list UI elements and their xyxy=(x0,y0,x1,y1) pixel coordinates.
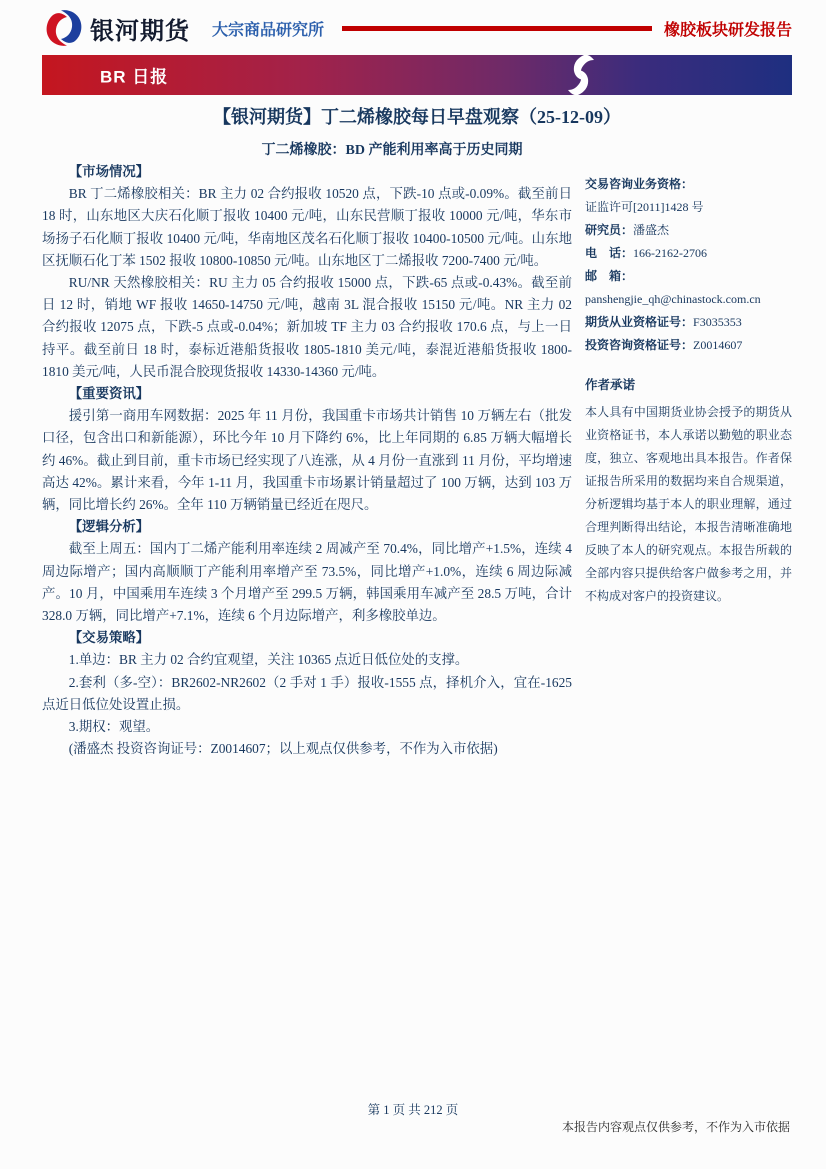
author-promise-heading: 作者承诺 xyxy=(585,377,792,393)
email-address: panshengjie_qh@chinastock.com.cn xyxy=(585,291,792,307)
qualification-value: 证监许可[2011]1428 号 xyxy=(585,199,792,215)
section-heading: 【重要资讯】 xyxy=(42,383,572,405)
page-number: 第 1 页 共 212 页 xyxy=(0,1100,826,1118)
advisory-cert-row: 投资咨询资格证号：Z0014607 xyxy=(585,337,792,353)
report-series-tag: 橡胶板块研发报告 xyxy=(664,17,792,40)
section-analysis: 【逻辑分析】 截至上周五：国内丁二烯产能利用率连续 2 周减产至 70.4%，同… xyxy=(42,516,572,627)
advisory-cert-label: 投资咨询资格证号： xyxy=(585,338,693,352)
footer-disclaimer: 本报告内容观点仅供参考，不作为入市依据 xyxy=(562,1118,790,1135)
email-label: 邮 箱： xyxy=(585,268,792,284)
body-paragraph: 截至上周五：国内丁二烯产能利用率连续 2 周减产至 70.4%，同比增产+1.5… xyxy=(42,538,572,627)
section-heading: 【逻辑分析】 xyxy=(42,516,572,538)
report-body: 【市场情况】 BR 丁二烯橡胶相关：BR 主力 02 合约报收 10520 点，… xyxy=(42,161,572,760)
researcher-label: 研究员： xyxy=(585,223,633,237)
futures-cert-number: F3035353 xyxy=(693,315,742,329)
section-heading: 【交易策略】 xyxy=(42,627,572,649)
author-promise-text: 本人具有中国期货业协会授予的期货从业资格证书，本人承诺以勤勉的职业态度，独立、客… xyxy=(585,401,792,608)
phone-label: 电 话： xyxy=(585,246,633,260)
futures-cert-label: 期货从业资格证号： xyxy=(585,315,693,329)
researcher-name: 潘盛杰 xyxy=(633,223,669,237)
phone-number: 166-2162-2706 xyxy=(633,246,707,260)
banner-title: BR 日报 xyxy=(100,63,168,88)
strategy-item: 1.单边：BR 主力 02 合约宜观望，关注 10365 点近日低位处的支撑。 xyxy=(42,649,572,671)
body-paragraph: BR 丁二烯橡胶相关：BR 主力 02 合约报收 10520 点，下跌-10 点… xyxy=(42,183,572,272)
header-divider-line xyxy=(342,26,652,31)
qualification-label: 交易咨询业务资格： xyxy=(585,176,792,192)
section-strategy: 【交易策略】 1.单边：BR 主力 02 合约宜观望，关注 10365 点近日低… xyxy=(42,627,572,760)
body-paragraph: RU/NR 天然橡胶相关：RU 主力 05 合约报收 15000 点，下跌-65… xyxy=(42,272,572,383)
futures-cert-row: 期货从业资格证号：F3035353 xyxy=(585,314,792,330)
report-header: 银河期货 大宗商品研究所 橡胶板块研发报告 xyxy=(44,8,792,48)
strategy-item: 3.期权：观望。 xyxy=(42,716,572,738)
author-promise: 作者承诺 本人具有中国期货业协会授予的期货从业资格证书，本人承诺以勤勉的职业态度… xyxy=(585,377,792,608)
section-market: 【市场情况】 BR 丁二烯橡胶相关：BR 主力 02 合约报收 10520 点，… xyxy=(42,161,572,383)
section-heading: 【市场情况】 xyxy=(42,161,572,183)
advisory-cert-number: Z0014607 xyxy=(693,338,742,352)
document-subtitle: 丁二烯橡胶：BD 产能利用率高于历史同期 xyxy=(42,139,742,159)
researcher-row: 研究员：潘盛杰 xyxy=(585,222,792,238)
author-sidebar: 交易咨询业务资格： 证监许可[2011]1428 号 研究员：潘盛杰 电 话：1… xyxy=(585,176,792,608)
banner-swirl-icon xyxy=(560,55,602,95)
phone-row: 电 话：166-2162-2706 xyxy=(585,245,792,261)
report-page: 银河期货 大宗商品研究所 橡胶板块研发报告 BR 日报 【银河期货】丁二烯橡胶每… xyxy=(0,0,826,1169)
body-paragraph: 援引第一商用车网数据：2025 年 11 月份，我国重卡市场共计销售 10 万辆… xyxy=(42,405,572,516)
report-banner: BR 日报 xyxy=(42,55,792,95)
strategy-item: 2.套利（多-空）：BR2602-NR2602（2 手对 1 手）报收-1555… xyxy=(42,672,572,716)
brand-name: 银河期货 xyxy=(90,11,190,46)
galaxy-futures-logo-icon xyxy=(44,8,84,48)
strategy-disclaimer: (潘盛杰 投资咨询证号：Z0014607；以上观点仅供参考，不作为入市依据) xyxy=(42,738,572,760)
section-news: 【重要资讯】 援引第一商用车网数据：2025 年 11 月份，我国重卡市场共计销… xyxy=(42,383,572,516)
document-title: 【银河期货】丁二烯橡胶每日早盘观察（25-12-09） xyxy=(42,103,792,129)
department-name: 大宗商品研究所 xyxy=(212,17,324,40)
